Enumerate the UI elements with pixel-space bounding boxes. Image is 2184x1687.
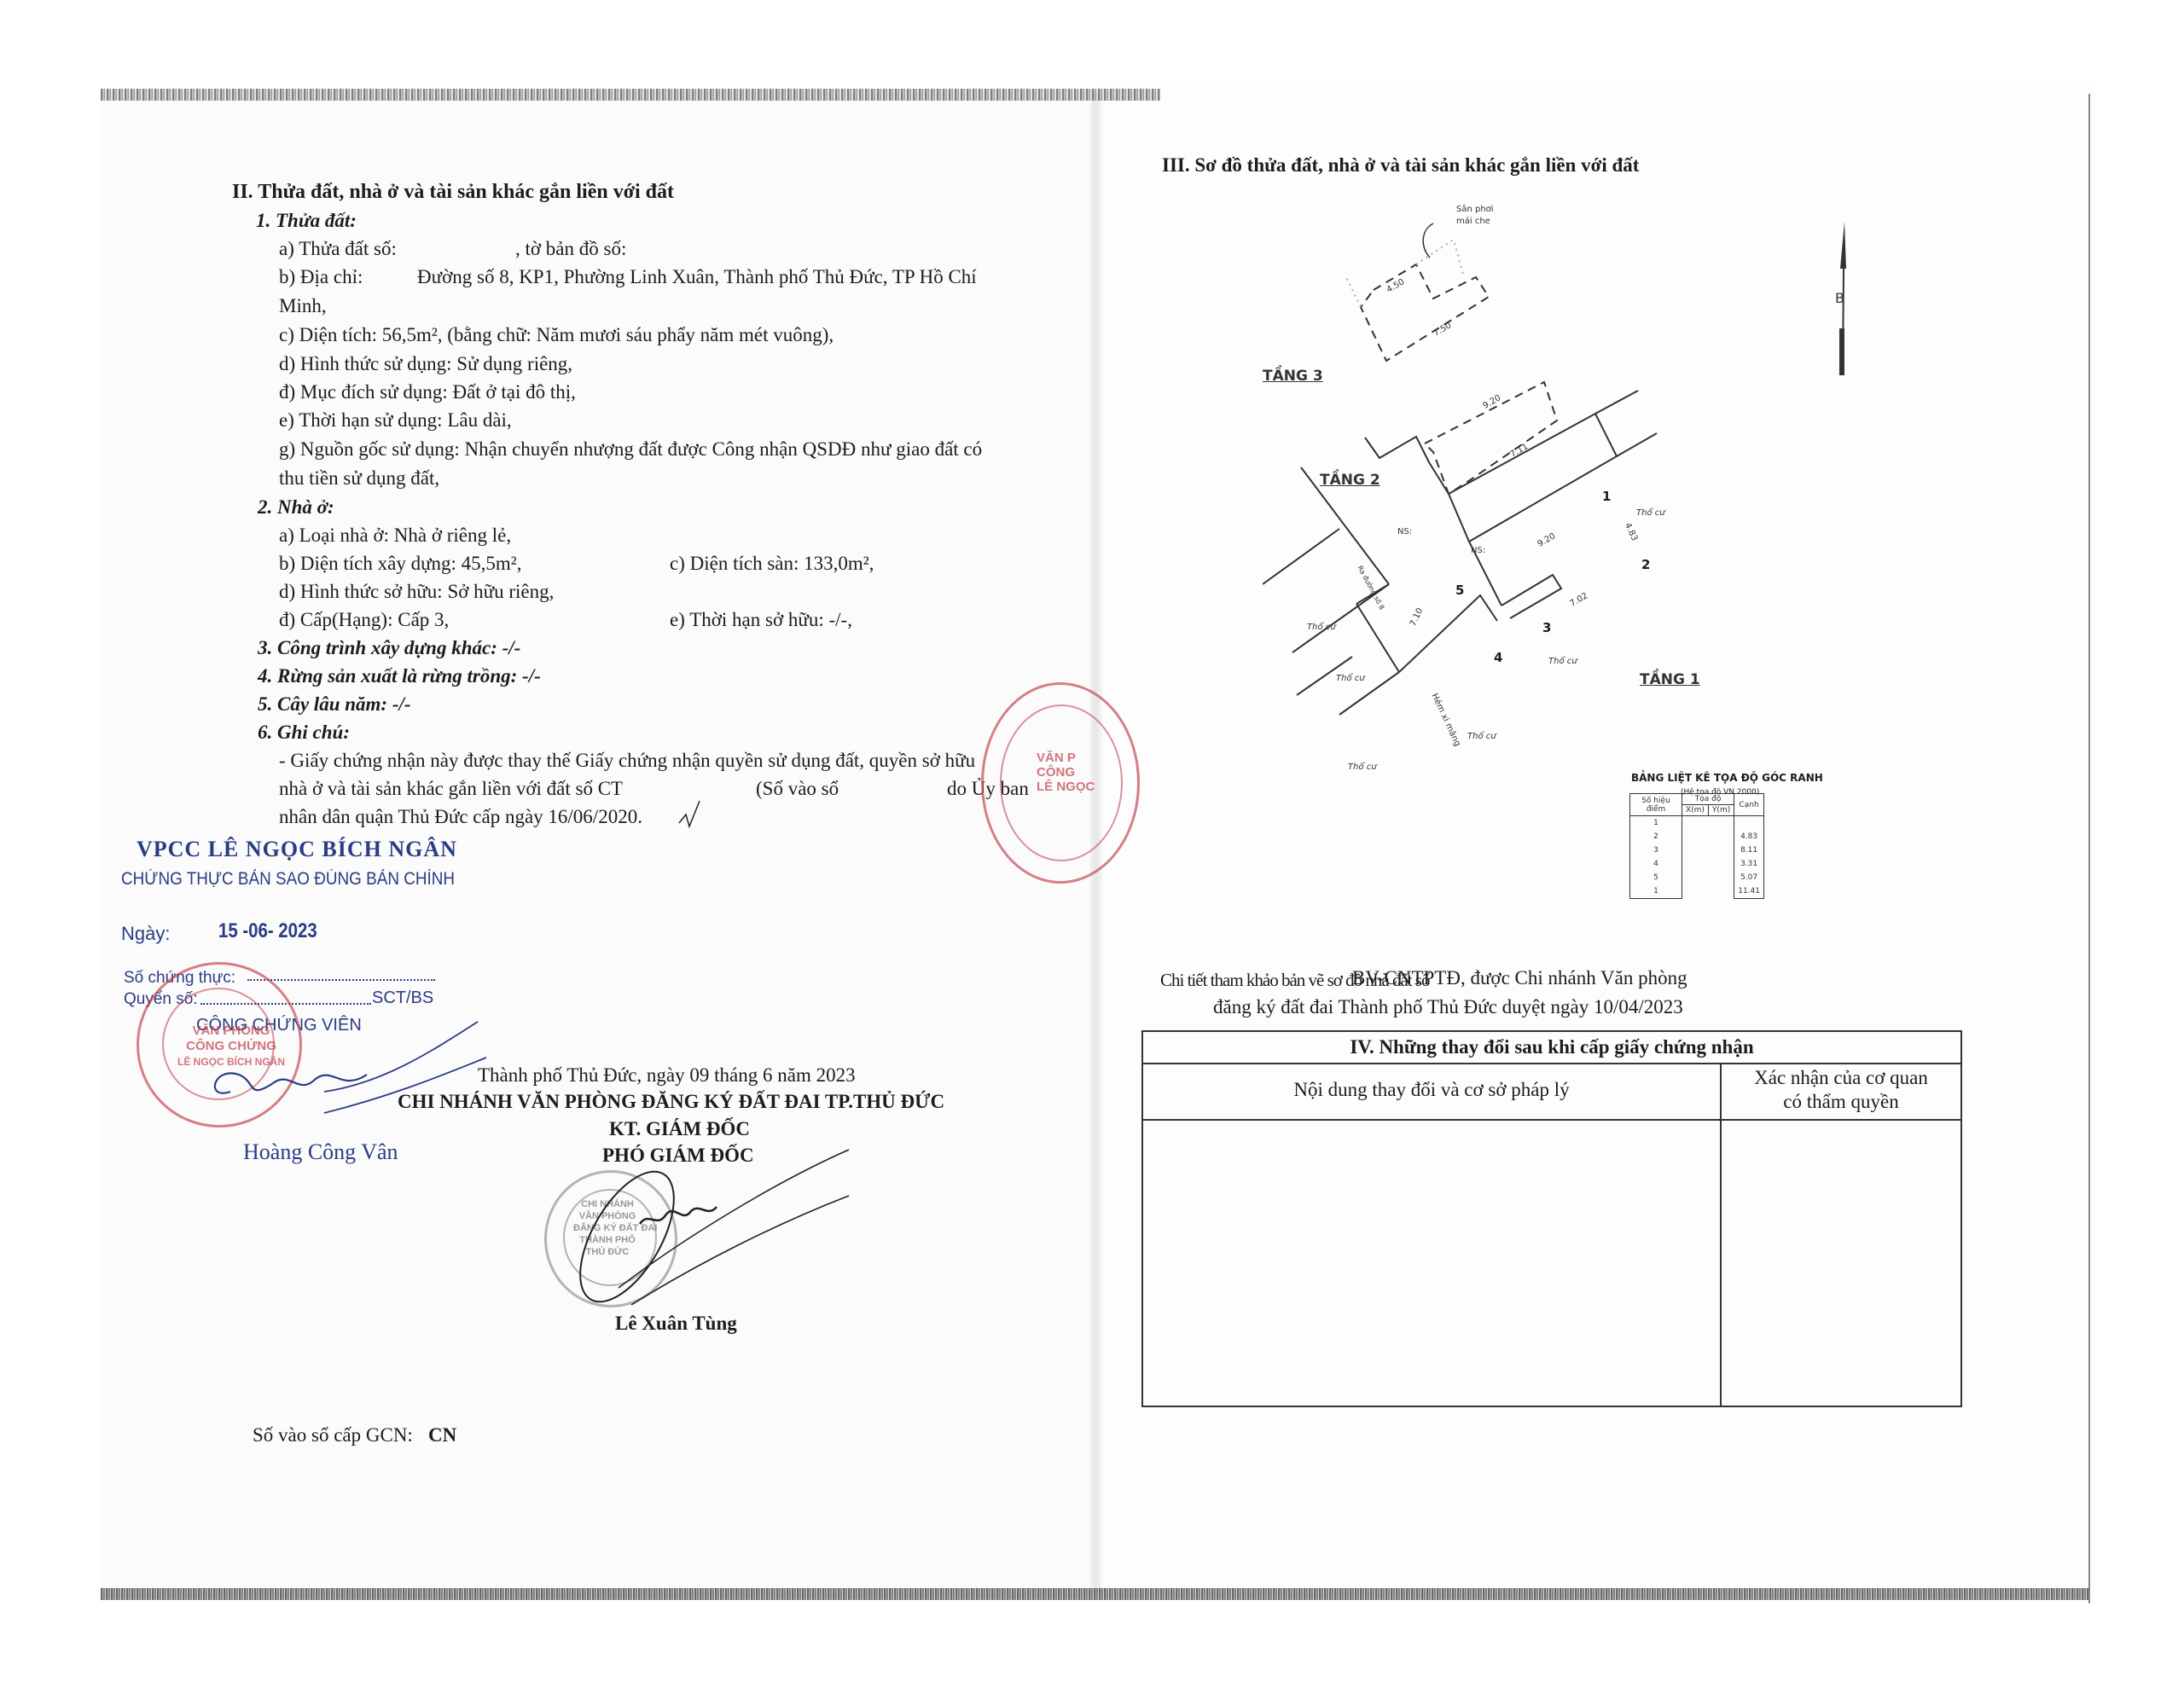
scan-edge-bottom: [101, 1588, 2088, 1600]
house-type: a) Loại nhà ở: Nhà ở riêng lẻ,: [279, 524, 511, 548]
land-origin-cont: thu tiền sử dụng đất,: [279, 467, 439, 490]
coord-point: 1: [1630, 816, 1682, 831]
land-use-purpose: đ) Mục đích sử dụng: Đất ở tại đô thị,: [279, 380, 576, 404]
note-line-2b: (Số vào sổ: [756, 777, 839, 801]
point-4: 4: [1494, 646, 1502, 670]
scan-edge-right: [2088, 94, 2090, 1603]
coord-edge: [1734, 816, 1764, 831]
floor-2-label: TẦNG 2: [1320, 468, 1380, 492]
notary-date-label: Ngày:: [121, 922, 170, 946]
house-ownership: d) Hình thức sở hữu: Sở hữu riêng,: [279, 580, 554, 604]
coord-edge: 3.31: [1734, 857, 1764, 871]
coord-point: 2: [1630, 830, 1682, 843]
coord-point: 3: [1630, 843, 1682, 857]
other-constructions: 3. Công trình xây dựng khác: -/-: [258, 636, 520, 660]
coord-edge: 11.41: [1734, 884, 1764, 899]
coord-y: [1708, 816, 1734, 831]
coord-point: 4: [1630, 857, 1682, 871]
section-2-title: II. Thửa đất, nhà ở và tài sản khác gắn …: [232, 180, 674, 204]
coord-row: 43.31: [1630, 857, 1764, 871]
coord-x: [1682, 830, 1708, 843]
site-plan-diagram: [1263, 196, 1809, 793]
book-suffix: SCT/BS: [372, 986, 433, 1010]
svg-text:B: B: [1835, 290, 1844, 306]
point-3: 3: [1542, 616, 1551, 640]
neighbor-label: Thổ cư: [1636, 501, 1665, 525]
house-heading: 2. Nhà ở:: [258, 496, 334, 519]
coord-x: [1682, 843, 1708, 857]
coord-x: [1682, 871, 1708, 884]
initial-mark-icon: [674, 797, 708, 832]
notary-seal-partial-text: VĂN PCÔNGLÊ NGỌC: [1037, 751, 1095, 794]
coord-edge: 8.11: [1734, 843, 1764, 857]
changes-table-divider: [1720, 1063, 1722, 1406]
coord-y: [1708, 871, 1734, 884]
coord-point: 5: [1630, 871, 1682, 884]
land-use-form: d) Hình thức sử dụng: Sử dụng riêng,: [279, 352, 572, 376]
note-line-1: - Giấy chứng nhận này được thay thế Giấy…: [279, 749, 975, 773]
land-area: c) Diện tích: 56,5m², (bằng chữ: Năm mươ…: [279, 323, 834, 347]
notary-date-value: 15 -06- 2023: [218, 919, 317, 943]
land-use-term: e) Thời hạn sử dụng: Lâu dài,: [279, 409, 512, 432]
coord-x: [1682, 857, 1708, 871]
notes-heading: 6. Ghi chú:: [258, 721, 350, 745]
floor-3-label: TẦNG 3: [1263, 364, 1323, 388]
registry-label: Số vào sổ cấp GCN:: [253, 1423, 413, 1447]
coord-edge: 4.83: [1734, 830, 1764, 843]
changes-table-title-row: IV. Những thay đổi sau khi cấp giấy chứn…: [1143, 1032, 1960, 1064]
coord-x: [1682, 816, 1708, 831]
reference-line-1b: BV-CNTPTĐ, được Chi nhánh Văn phòng: [1352, 966, 1687, 990]
neighbor-label: Thổ cư: [1348, 756, 1377, 780]
notary-certify-label: CHỨNG THỰC BẢN SAO ĐÚNG BẢN CHÍNH: [121, 867, 455, 891]
coord-header-coords: Tọa độ: [1682, 794, 1734, 805]
coord-table: Số hiệu điểm Tọa độ Cạnh X(m) Y(m) 124.8…: [1629, 793, 1764, 899]
changes-col-confirm-header: Xác nhận của cơ quan: [1722, 1066, 1960, 1090]
changes-table: IV. Những thay đổi sau khi cấp giấy chứn…: [1141, 1030, 1962, 1407]
north-arrow-icon: B: [1826, 217, 1860, 380]
coord-edge: 5.07: [1734, 871, 1764, 884]
neighbor-label: Thổ cư: [1548, 650, 1577, 674]
north-neighbor-label: NS:: [1397, 520, 1412, 544]
production-forest: 4. Rừng sản xuất là rừng trồng: -/-: [258, 664, 541, 688]
coord-y: [1708, 884, 1734, 899]
coord-y: [1708, 843, 1734, 857]
coord-row: 1: [1630, 816, 1764, 831]
neighbor-label: Thổ cư: [1467, 725, 1496, 749]
coord-header-x: X(m): [1682, 805, 1708, 816]
point-2: 2: [1641, 553, 1650, 577]
house-grade: đ) Cấp(Hạng): Cấp 3,: [279, 608, 449, 632]
coord-header-point: Số hiệu điểm: [1630, 794, 1682, 816]
coord-point: 1: [1630, 884, 1682, 899]
coord-row: 24.83: [1630, 830, 1764, 843]
issuing-agency: CHI NHÁNH VĂN PHÒNG ĐĂNG KÝ ĐẤT ĐAI TP.T…: [398, 1090, 944, 1114]
scan-edge-top: [101, 89, 1160, 101]
coord-x: [1682, 884, 1708, 899]
reference-line-2: đăng ký đất đai Thành phố Thủ Đức duyệt …: [1213, 995, 1683, 1019]
deputy-signature-icon: [546, 1143, 853, 1313]
point-5: 5: [1455, 578, 1464, 602]
map-sheet-label: , tờ bản đồ số:: [515, 237, 626, 261]
house-ownership-term: e) Thời hạn sở hữu: -/-,: [670, 608, 852, 632]
changes-col-content-header: Nội dung thay đổi và cơ sở pháp lý: [1143, 1078, 1720, 1102]
point-1: 1: [1602, 484, 1611, 508]
house-build-area: b) Diện tích xây dựng: 45,5m²,: [279, 552, 521, 576]
section-3-title: III. Sơ đồ thửa đất, nhà ở và tài sản kh…: [1162, 154, 1639, 177]
coord-row: 38.11: [1630, 843, 1764, 857]
north-neighbor-label: NS:: [1471, 539, 1485, 563]
house-floor-area: c) Diện tích sàn: 133,0m²,: [670, 552, 874, 576]
coord-row: 111.41: [1630, 884, 1764, 899]
address-value: Đường số 8, KP1, Phường Linh Xuân, Thành…: [417, 265, 977, 289]
notary-office-name: VPCC LÊ NGỌC BÍCH NGÂN: [136, 838, 457, 861]
coord-header-y: Y(m): [1708, 805, 1734, 816]
note-line-3: nhân dân quận Thủ Đức cấp ngày 16/06/202…: [279, 805, 642, 829]
coord-y: [1708, 830, 1734, 843]
neighbor-label: Thổ cư: [1307, 616, 1336, 640]
notary-name: Hoàng Công Vân: [243, 1140, 398, 1164]
changes-table-title: IV. Những thay đổi sau khi cấp giấy chứn…: [1143, 1035, 1960, 1059]
changes-table-header-row: Nội dung thay đổi và cơ sở pháp lý Xác n…: [1143, 1063, 1960, 1121]
changes-col-confirm-header-2: có thẩm quyền: [1722, 1090, 1960, 1114]
coord-header-edge: Cạnh: [1734, 794, 1764, 816]
balcony-label-2: mái che: [1456, 210, 1490, 234]
note-line-2a: nhà ở và tài sản khác gắn liền với đất s…: [279, 777, 623, 801]
land-parcel-label: a) Thửa đất số:: [279, 237, 397, 261]
coord-row: 55.07: [1630, 871, 1764, 884]
certification-number-field: [247, 979, 435, 981]
land-heading: 1. Thửa đất:: [256, 209, 357, 233]
neighbor-label: Thổ cư: [1336, 667, 1365, 691]
perennial-trees: 5. Cây lâu năm: -/-: [258, 693, 411, 716]
registry-value: CN: [428, 1423, 456, 1447]
land-origin: g) Nguồn gốc sử dụng: Nhận chuyển nhượng…: [279, 438, 982, 461]
address-value-cont: Minh,: [279, 294, 327, 318]
address-label: b) Địa chỉ:: [279, 265, 363, 289]
coord-y: [1708, 857, 1734, 871]
floor-1-label: TẦNG 1: [1640, 668, 1700, 692]
signer-name: Lê Xuân Tùng: [615, 1312, 737, 1336]
place-date: Thành phố Thủ Đức, ngày 09 tháng 6 năm 2…: [478, 1064, 856, 1087]
signer-authority: KT. GIÁM ĐỐC: [609, 1117, 750, 1141]
